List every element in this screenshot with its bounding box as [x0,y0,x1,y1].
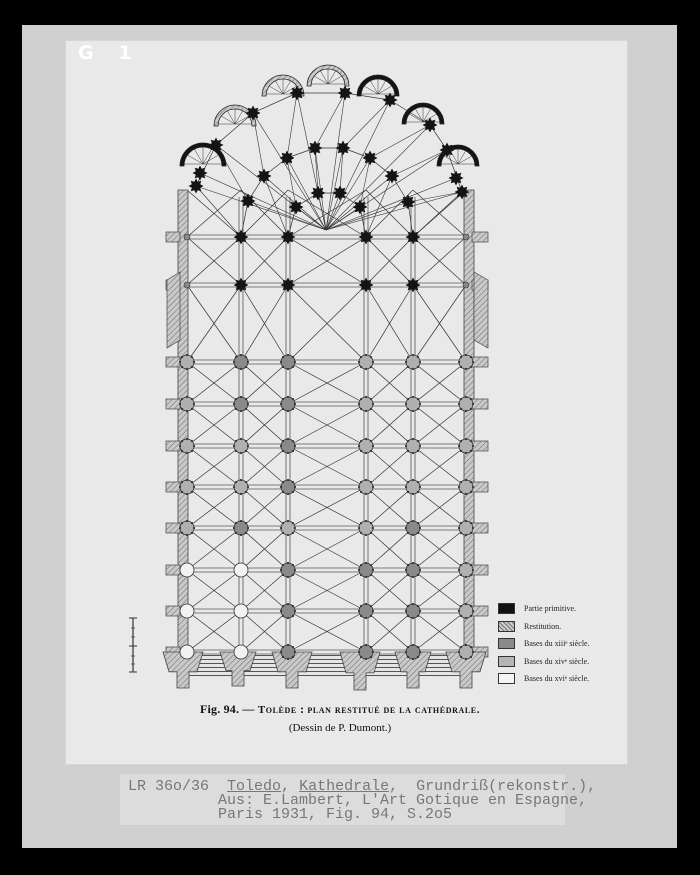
legend-swatch-primitive [498,603,515,614]
pier-shaft [470,574,472,576]
pier-shaft [458,361,460,363]
pier-shaft [407,605,409,607]
pier-shaft [292,440,294,442]
pier-shaft [240,368,242,370]
pier-shaft [186,534,188,536]
pier-primitive [281,230,296,245]
pier-shaft [280,569,282,571]
pier-shaft [282,615,284,617]
pier-shaft [372,610,374,612]
apse-rib [326,178,456,230]
left-side-wall [178,190,188,660]
pier-shaft [282,532,284,534]
legend: Partie primitive.Restitution.Bases du xi… [498,600,623,688]
pier-shaft [407,481,409,483]
pier-shaft [245,408,247,410]
pier-shaft [365,438,367,440]
legend-item-xvi: Bases du xviᵉ siècle. [498,670,623,687]
pier-primitive [336,141,351,156]
pier-shaft [370,574,372,576]
pier-shaft [235,481,237,483]
pier-shaft [235,450,237,452]
pier-shaft [412,354,414,356]
pier-shaft [372,486,374,488]
pier-shaft [470,656,472,658]
pier-shaft [292,564,294,566]
pier-shaft [460,491,462,493]
pier-shaft [470,481,472,483]
pier-shaft [472,569,474,571]
pier-shaft [292,615,294,617]
pier-shaft [179,361,181,363]
pier-shaft [470,491,472,493]
pier-shaft [280,610,282,612]
pier-shaft [370,656,372,658]
pier-primitive [281,278,296,293]
pier-shaft [360,615,362,617]
pier-primitive [385,169,400,184]
pier-shaft [372,569,374,571]
pier-shaft [292,356,294,358]
pier-primitive [289,200,304,215]
pier-shaft [235,366,237,368]
pier-shaft [191,522,193,524]
pier-shaft [191,440,193,442]
pier-shaft [365,576,367,578]
pier-shaft [417,440,419,442]
pier-shaft [360,522,362,524]
wall-respond [184,282,190,288]
pier-shaft [465,354,467,356]
pier-shaft [294,361,296,363]
caption-dash: — [242,702,254,716]
pier-shaft [240,438,242,440]
pier-shaft [460,605,462,607]
pier-shaft [245,481,247,483]
pier-shaft [460,356,462,358]
pier-shaft [280,403,282,405]
pier-shaft [417,564,419,566]
right-side-wall [464,190,474,660]
buttress [166,441,180,451]
pier-shaft [287,368,289,370]
pier-shaft [465,452,467,454]
pier-shaft [292,522,294,524]
pier-shaft [419,651,421,653]
buttress [167,272,180,348]
caption-credit: (Dessin de P. Dumont.) [120,722,560,734]
pier-shaft [407,656,409,658]
pier-shaft [365,479,367,481]
pier-shaft [233,486,235,488]
pier-shaft [360,356,362,358]
ambulatory-rib [370,125,430,158]
pier-shaft [405,361,407,363]
pier-shaft [412,576,414,578]
pier-shaft [235,491,237,493]
legend-item-xiv: Bases du xivᵉ siècle. [498,653,623,670]
pier-shaft [240,354,242,356]
pier-shaft [372,403,374,405]
pier-shaft [240,520,242,522]
pier-shaft [245,450,247,452]
pier-shaft [245,491,247,493]
pier-shaft [412,534,414,536]
pier-shaft [412,617,414,619]
pier-shaft [465,658,467,660]
apse-rib [326,202,408,230]
pier-shaft [186,479,188,481]
pier-shaft [417,646,419,648]
wall-respond [463,234,469,240]
legend-swatch-xvi [498,673,515,684]
pier-shaft [240,396,242,398]
ambulatory-rib [360,158,370,207]
pier-shaft [360,398,362,400]
pier-shaft [358,361,360,363]
pier-primitive [234,230,249,245]
pier-shaft [360,605,362,607]
pier-shaft [417,491,419,493]
pier-shaft [292,398,294,400]
pier-xvi [234,645,248,659]
pier-shaft [181,398,183,400]
pier-shaft [360,656,362,658]
pier-shaft [292,605,294,607]
pier-shaft [360,491,362,493]
pier-shaft [417,398,419,400]
pier-shaft [245,356,247,358]
pier-shaft [417,532,419,534]
pier-primitive [363,151,378,166]
pier-shaft [465,603,467,605]
pier-shaft [191,532,193,534]
pier-shaft [472,403,474,405]
pier-primitive [455,185,470,200]
pier-shaft [282,450,284,452]
apse-rib [326,125,430,230]
pier-shaft [419,445,421,447]
pier-shaft [460,564,462,566]
pier-primitive [290,86,305,101]
pier-shaft [280,361,282,363]
pier-shaft [365,396,367,398]
legend-swatch-restitution [498,621,515,632]
pier-shaft [419,361,421,363]
pier-shaft [412,493,414,495]
pier-shaft [282,440,284,442]
pier-primitive [241,194,256,209]
pier-shaft [417,615,419,617]
pier-shaft [287,396,289,398]
pier-primitive [280,151,295,166]
buttress [474,272,488,348]
pier-shaft [370,615,372,617]
pier-shaft [412,479,414,481]
pier-shaft [465,438,467,440]
pier-shaft [360,574,362,576]
pier-shaft [472,651,474,653]
caption-title: Fig. 94. — Tolède : plan restitué de la … [120,702,560,717]
pier-shaft [365,410,367,412]
pier-shaft [233,403,235,405]
pier-shaft [407,450,409,452]
pier-shaft [292,408,294,410]
pier-primitive [449,171,464,186]
pier-shaft [370,522,372,524]
pier-shaft [287,576,289,578]
pier-shaft [294,445,296,447]
pier-shaft [460,615,462,617]
pier-shaft [365,534,367,536]
pier-primitive [423,118,438,133]
pier-shaft [465,493,467,495]
ambulatory-arch [196,145,216,186]
pier-shaft [470,450,472,452]
pier-shaft [186,493,188,495]
pier-shaft [405,569,407,571]
pier-shaft [370,450,372,452]
pier-shaft [235,440,237,442]
pier-primitive [406,278,421,293]
legend-item-xiii: Bases du xiiiᵉ siècle. [498,635,623,652]
buttress [472,357,488,367]
pier-shaft [287,562,289,564]
pier-shaft [372,651,374,653]
pier-shaft [465,520,467,522]
pier-shaft [465,479,467,481]
pier-primitive [353,200,368,215]
pier-shaft [287,534,289,536]
ambulatory-arch [253,93,297,113]
pier-shaft [360,532,362,534]
pier-shaft [470,366,472,368]
apse-rib [248,201,326,230]
pier-shaft [292,450,294,452]
pier-xvi [180,604,194,618]
pier-shaft [365,493,367,495]
pier-primitive [189,179,204,194]
pier-shaft [292,481,294,483]
pier-shaft [458,445,460,447]
pier-shaft [181,408,183,410]
pier-shaft [407,356,409,358]
pier-shaft [191,366,193,368]
pier-shaft [235,408,237,410]
pier-shaft [458,527,460,529]
pier-shaft [458,610,460,612]
pier-shaft [460,440,462,442]
pier-shaft [417,450,419,452]
legend-label: Bases du xiiiᵉ siècle. [524,639,590,648]
ambulatory-rib [264,176,288,237]
buttress [166,232,180,242]
pier-shaft [412,562,414,564]
pier-shaft [247,361,249,363]
pier-shaft [287,493,289,495]
pier-shaft [193,445,195,447]
pier-shaft [360,481,362,483]
pier-shaft [412,438,414,440]
pier-shaft [235,398,237,400]
pier-shaft [235,532,237,534]
legend-item-restitution: Restitution. [498,618,623,635]
buttress [472,606,488,616]
pier-shaft [365,354,367,356]
pier-shaft [417,356,419,358]
legend-label: Restitution. [524,622,561,631]
pier-shaft [407,366,409,368]
caption-subtitle: plan restitué de la cathédrale. [307,704,480,716]
pier-shaft [460,398,462,400]
pier-shaft [181,522,183,524]
pier-shaft [294,651,296,653]
pier-shaft [465,562,467,564]
pier-shaft [460,408,462,410]
legend-item-primitive: Partie primitive. [498,600,623,617]
pier-primitive [209,138,224,153]
pier-shaft [365,520,367,522]
pier-shaft [417,605,419,607]
wall-respond [463,282,469,288]
pier-shaft [240,493,242,495]
pier-shaft [470,356,472,358]
pier-shaft [365,562,367,564]
pier-shaft [191,398,193,400]
pier-shaft [191,408,193,410]
pier-shaft [458,651,460,653]
pier-shaft [370,440,372,442]
pier-shaft [235,356,237,358]
pier-shaft [460,481,462,483]
pier-shaft [191,356,193,358]
pier-primitive [257,169,272,184]
pier-shaft [417,656,419,658]
pier-shaft [294,403,296,405]
pier-shaft [245,440,247,442]
pier-primitive [401,195,416,210]
pier-shaft [407,574,409,576]
pier-shaft [360,564,362,566]
pier-shaft [470,564,472,566]
pier-shaft [370,366,372,368]
legend-swatch-xiv [498,656,515,667]
pier-shaft [245,366,247,368]
pier-shaft [465,576,467,578]
pier-shaft [472,610,474,612]
pier-xvi [180,563,194,577]
pier-shaft [407,491,409,493]
pier-shaft [360,450,362,452]
archive-ref: LR 36o/36 [128,778,209,795]
pier-shaft [472,361,474,363]
pier-shaft [412,396,414,398]
pier-primitive [311,186,326,201]
pier-xvi [234,604,248,618]
pier-shaft [458,403,460,405]
pier-shaft [287,479,289,481]
pier-shaft [287,354,289,356]
pier-shaft [370,532,372,534]
pier-shaft [405,445,407,447]
pier-shaft [186,368,188,370]
pier-shaft [191,450,193,452]
pier-shaft [292,574,294,576]
buttress [472,232,488,242]
pier-shaft [470,522,472,524]
pier-shaft [181,450,183,452]
pier-shaft [282,564,284,566]
legend-label: Bases du xviᵉ siècle. [524,674,589,683]
buttress [472,523,488,533]
buttress [166,399,180,409]
pier-shaft [294,569,296,571]
pier-shaft [419,610,421,612]
pier-primitive [234,278,249,293]
pier-shaft [186,438,188,440]
pier-shaft [287,520,289,522]
pier-shaft [282,356,284,358]
pier-shaft [417,481,419,483]
pier-shaft [372,527,374,529]
pier-shaft [365,452,367,454]
pier-shaft [181,491,183,493]
pier-shaft [186,520,188,522]
pier-shaft [407,532,409,534]
pier-shaft [405,610,407,612]
pier-shaft [179,445,181,447]
pier-shaft [292,366,294,368]
pier-shaft [412,658,414,660]
pier-shaft [412,644,414,646]
pier-shaft [287,617,289,619]
pier-shaft [407,522,409,524]
pier-shaft [193,403,195,405]
pier-shaft [287,603,289,605]
pier-shaft [370,481,372,483]
pier-shaft [472,486,474,488]
pier-shaft [181,481,183,483]
pier-shaft [419,569,421,571]
pier-shaft [282,605,284,607]
pier-shaft [470,615,472,617]
pier-shaft [245,532,247,534]
pier-shaft [370,408,372,410]
pier-xvi [180,645,194,659]
pier-shaft [235,522,237,524]
pier-shaft [412,452,414,454]
pier-shaft [287,438,289,440]
caption-separator: : [297,702,308,716]
pier-shaft [179,527,181,529]
buttress [166,565,180,575]
pier-shaft [247,486,249,488]
pier-shaft [358,651,360,653]
pier-shaft [193,361,195,363]
pier-shaft [417,522,419,524]
pier-shaft [417,408,419,410]
pier-shaft [193,527,195,529]
pier-shaft [460,522,462,524]
buttress [472,399,488,409]
pier-shaft [193,486,195,488]
pier-primitive [359,278,374,293]
pier-shaft [240,534,242,536]
pier-shaft [460,656,462,658]
ambulatory-arch [216,113,253,145]
pier-shaft [282,408,284,410]
pier-shaft [191,491,193,493]
